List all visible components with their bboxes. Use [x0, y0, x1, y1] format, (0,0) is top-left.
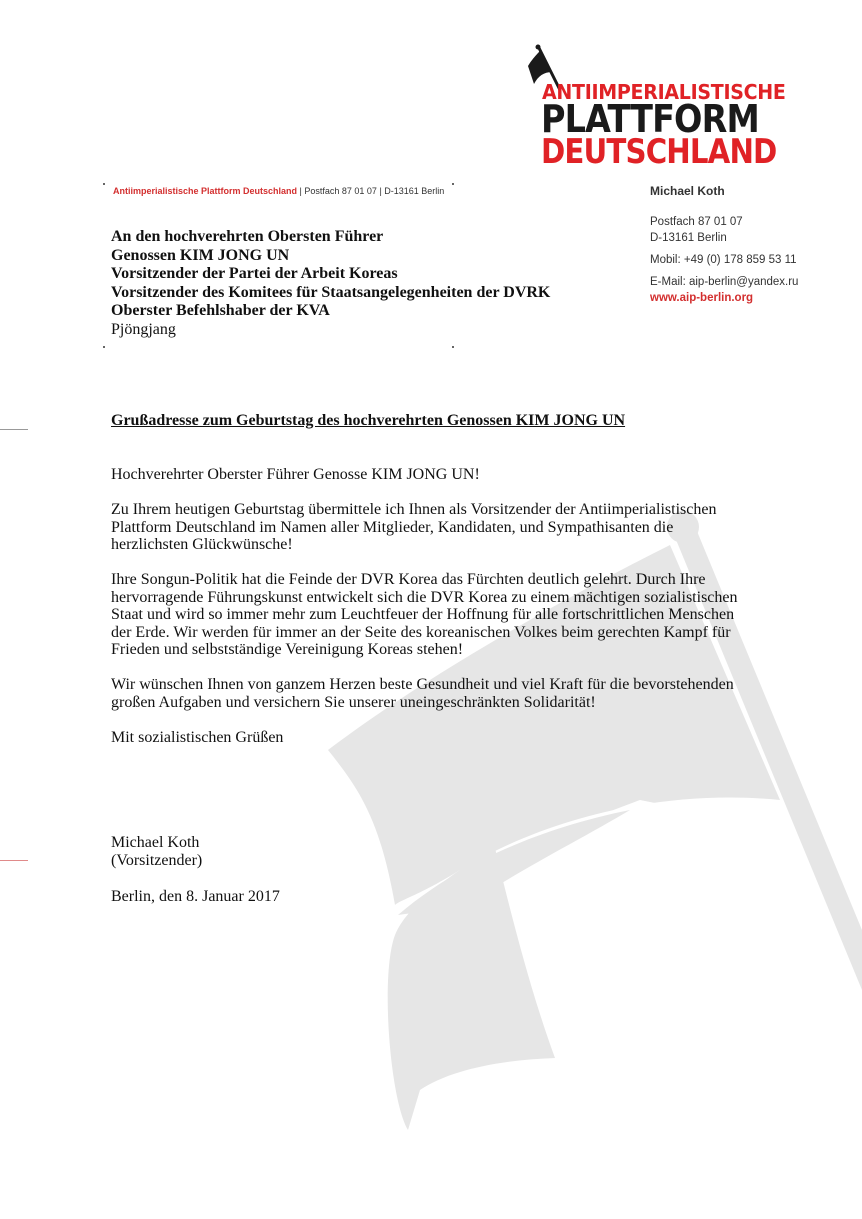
salutation: Hochverehrter Oberster Führer Genosse KI…: [111, 466, 751, 484]
fold-margin-mark: [0, 429, 28, 430]
fold-mark: [452, 183, 454, 185]
organization-logo: ANTIIMPERIALISTISCHE PLATTFORM DEUTSCHLA…: [524, 44, 814, 169]
contact-name: Michael Koth: [650, 183, 798, 199]
contact-email[interactable]: E-Mail: aip-berlin@yandex.ru: [650, 274, 798, 290]
signature-role: (Vorsitzender): [111, 852, 202, 870]
contact-block: Michael Koth Postfach 87 01 07 D-13161 B…: [650, 183, 798, 306]
sender-organization: Antiimperialistische Plattform Deutschla…: [113, 186, 297, 196]
paragraph: Ihre Songun-Politik hat die Feinde der D…: [111, 571, 751, 659]
fold-mark: [452, 346, 454, 348]
recipient-line: Vorsitzender der Partei der Arbeit Korea…: [111, 265, 550, 284]
recipient-line: An den hochverehrten Obersten Führer: [111, 228, 550, 247]
contact-postbox: Postfach 87 01 07: [650, 214, 798, 230]
signature-name: Michael Koth: [111, 834, 202, 852]
recipient-city: Pjöngjang: [111, 321, 550, 340]
recipient-line: Vorsitzender des Komitees für Staatsange…: [111, 284, 550, 303]
recipient-address: An den hochverehrten Obersten Führer Gen…: [111, 228, 550, 339]
punch-margin-mark: [0, 860, 28, 861]
signature-block: Michael Koth (Vorsitzender): [111, 834, 202, 870]
closing: Mit sozialistischen Grüßen: [111, 729, 751, 747]
contact-mobile: Mobil: +49 (0) 178 859 53 11: [650, 252, 798, 268]
logo-line-3: DEUTSCHLAND: [541, 134, 776, 170]
place-and-date: Berlin, den 8. Januar 2017: [111, 888, 280, 906]
recipient-line: Genossen KIM JONG UN: [111, 247, 550, 266]
sender-address: | Postfach 87 01 07 | D-13161 Berlin: [297, 186, 444, 196]
recipient-line: Oberster Befehlshaber der KVA: [111, 302, 550, 321]
contact-website-link[interactable]: www.aip-berlin.org: [650, 290, 798, 306]
sender-return-line: Antiimperialistische Plattform Deutschla…: [113, 186, 444, 196]
contact-city: D-13161 Berlin: [650, 230, 798, 246]
fold-mark: [103, 183, 105, 185]
fold-mark: [103, 346, 105, 348]
letter-body: Hochverehrter Oberster Führer Genosse KI…: [111, 466, 751, 764]
paragraph: Zu Ihrem heutigen Geburtstag übermittele…: [111, 501, 751, 554]
letter-subject: Grußadresse zum Geburtstag des hochvereh…: [111, 412, 625, 430]
paragraph: Wir wünschen Ihnen von ganzem Herzen bes…: [111, 676, 751, 711]
